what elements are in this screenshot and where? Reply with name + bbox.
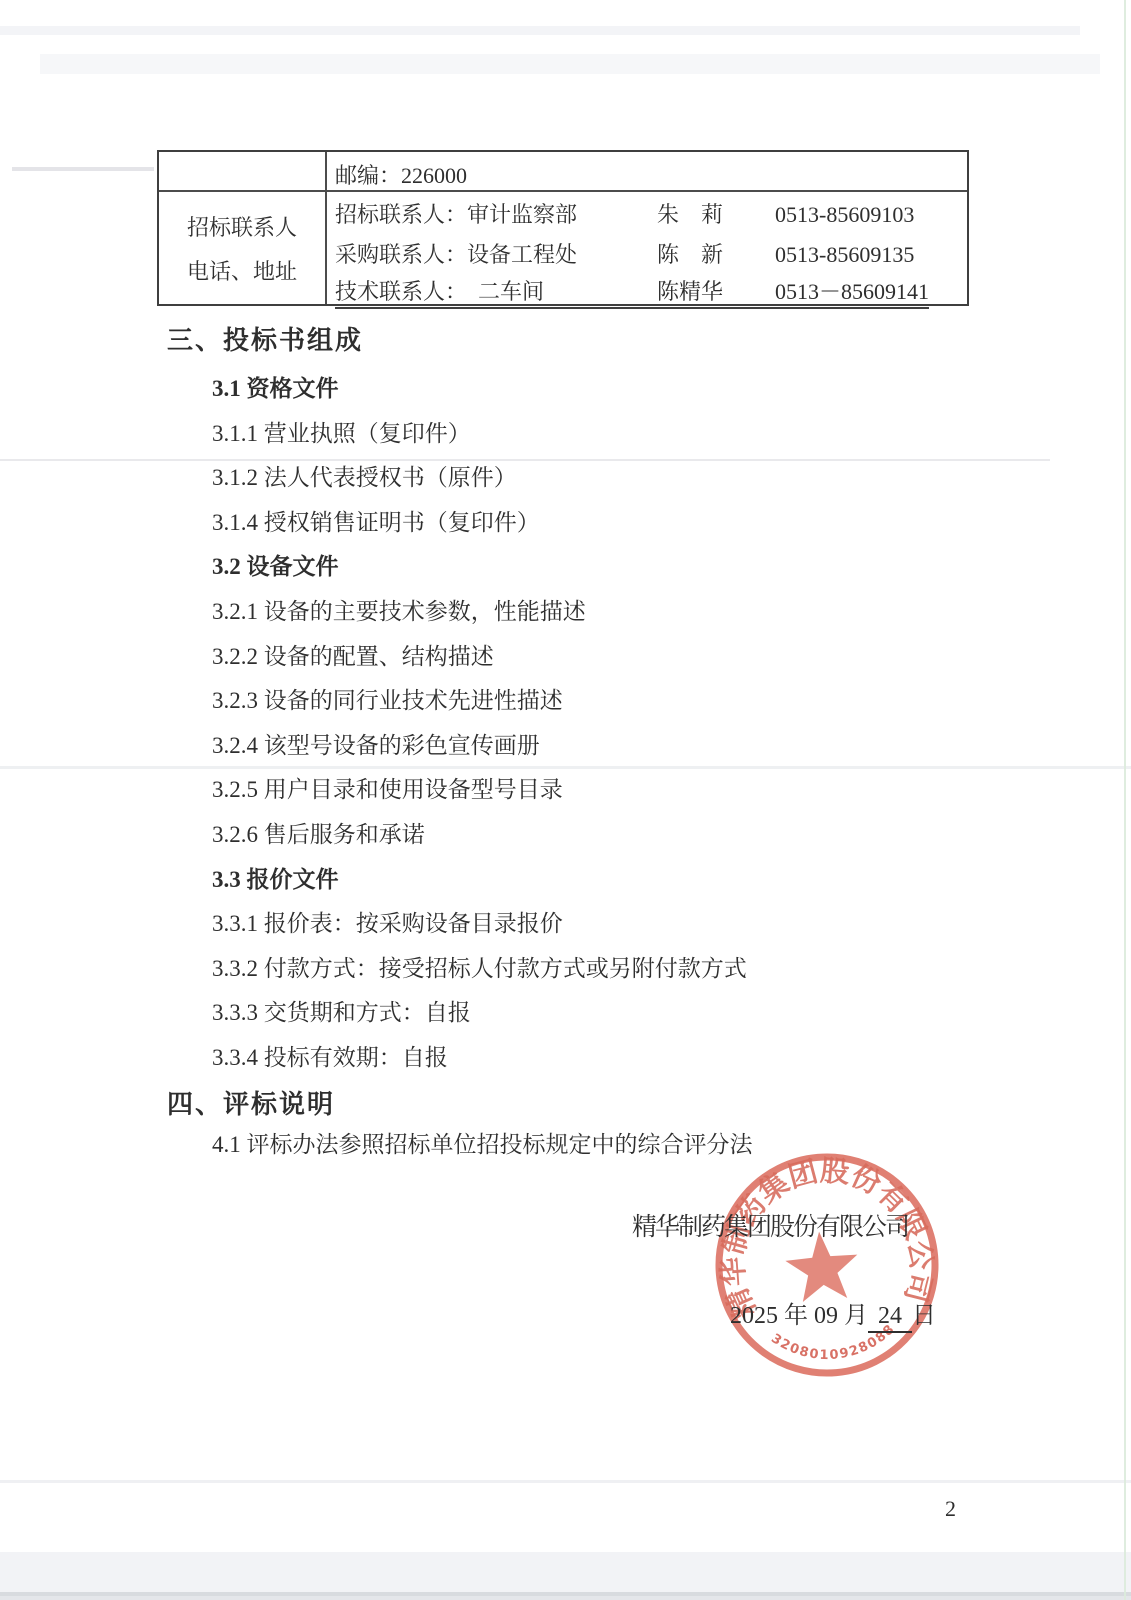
outline-item: 3.2.3 设备的同行业技术先进性描述 xyxy=(212,679,972,724)
contact-row-technical: 技术联系人： 二车间 陈精华 0513－85609141 xyxy=(335,278,929,309)
outline-item: 3.3 报价文件 xyxy=(212,858,972,903)
scan-artifact xyxy=(1124,0,1126,1600)
outline-item: 3.2 设备文件 xyxy=(212,545,972,590)
scan-artifact xyxy=(12,167,154,171)
date-suffix: 日 xyxy=(912,1303,936,1329)
contact-phone: 0513-85609135 xyxy=(775,241,914,269)
contact-name: 陈精华 xyxy=(657,278,775,306)
row-header-line1: 招标联系人 xyxy=(187,211,297,242)
scan-artifact xyxy=(40,54,1100,74)
contact-row-procurement: 采购联系人：设备工程处 陈 新 0513-85609135 xyxy=(335,241,914,269)
contact-name: 陈 新 xyxy=(657,241,775,269)
contact-row-bidding: 招标联系人：审计监察部 朱 莉 0513-85609103 xyxy=(335,201,914,229)
postal-code-cell: 邮编：226000 xyxy=(335,159,467,190)
scan-artifact xyxy=(0,1480,1131,1483)
document-page: 邮编：226000 招标联系人 电话、地址 招标联系人：审计监察部 朱 莉 05… xyxy=(0,0,1131,1600)
scan-artifact xyxy=(0,1596,1131,1600)
section-3-title: 三、投标书组成 xyxy=(167,320,363,357)
contact-phone: 0513－85609141 xyxy=(775,278,929,306)
outline-item: 3.3.2 付款方式：接受招标人付款方式或另附付款方式 xyxy=(212,947,972,992)
signature-date: 2025 年 09 月24日 xyxy=(730,1301,936,1333)
contact-name: 朱 莉 xyxy=(657,201,775,229)
table-column-divider xyxy=(325,152,327,304)
scan-artifact xyxy=(0,1592,1131,1596)
scan-artifact xyxy=(0,1552,1131,1600)
scan-artifact xyxy=(0,26,1080,35)
contact-label: 招标联系人：审计监察部 xyxy=(335,201,657,229)
row-header-line2: 电话、地址 xyxy=(187,255,297,286)
contact-label: 采购联系人：设备工程处 xyxy=(335,241,657,269)
outline-item: 3.2.6 售后服务和承诺 xyxy=(212,813,972,858)
section-4-item: 4.1 评标办法参照招标单位招投标规定中的综合评分法 xyxy=(212,1130,753,1160)
section-4-title: 四、评标说明 xyxy=(167,1084,335,1121)
outline-item: 3.1.4 授权销售证明书（复印件） xyxy=(212,501,972,546)
date-prefix: 2025 年 09 月 xyxy=(730,1303,868,1329)
page-number: 2 xyxy=(945,1496,956,1522)
outline-item: 3.1.1 营业执照（复印件） xyxy=(212,412,972,457)
signature-company-name: 精华制药集团股份有限公司 xyxy=(632,1213,908,1243)
company-seal-stamp: 精华制药集团股份有限公司 3208010928088 xyxy=(675,1113,978,1416)
outline-item: 3.1 资格文件 xyxy=(212,367,972,412)
outline-item: 3.2.5 用户目录和使用设备型号目录 xyxy=(212,768,972,813)
outline-item: 3.3.1 报价表：按采购设备目录报价 xyxy=(212,902,972,947)
contact-phone: 0513-85609103 xyxy=(775,201,914,229)
table-row-header: 招标联系人 电话、地址 xyxy=(159,192,325,304)
outline-item: 3.3.3 交货期和方式：自报 xyxy=(212,991,972,1036)
contact-table: 邮编：226000 招标联系人 电话、地址 招标联系人：审计监察部 朱 莉 05… xyxy=(157,150,969,306)
outline-item: 3.2.1 设备的主要技术参数，性能描述 xyxy=(212,590,972,635)
outline-item: 3.3.4 投标有效期：自报 xyxy=(212,1036,972,1081)
contact-label: 技术联系人： 二车间 xyxy=(335,278,657,306)
outline-item: 3.2.4 该型号设备的彩色宣传画册 xyxy=(212,724,972,769)
date-day: 24 xyxy=(868,1301,912,1333)
bid-document-outline: 3.1 资格文件 3.1.1 营业执照（复印件） 3.1.2 法人代表授权书（原… xyxy=(212,367,972,1081)
outline-item: 3.2.2 设备的配置、结构描述 xyxy=(212,635,972,680)
outline-item: 3.1.2 法人代表授权书（原件） xyxy=(212,456,972,501)
